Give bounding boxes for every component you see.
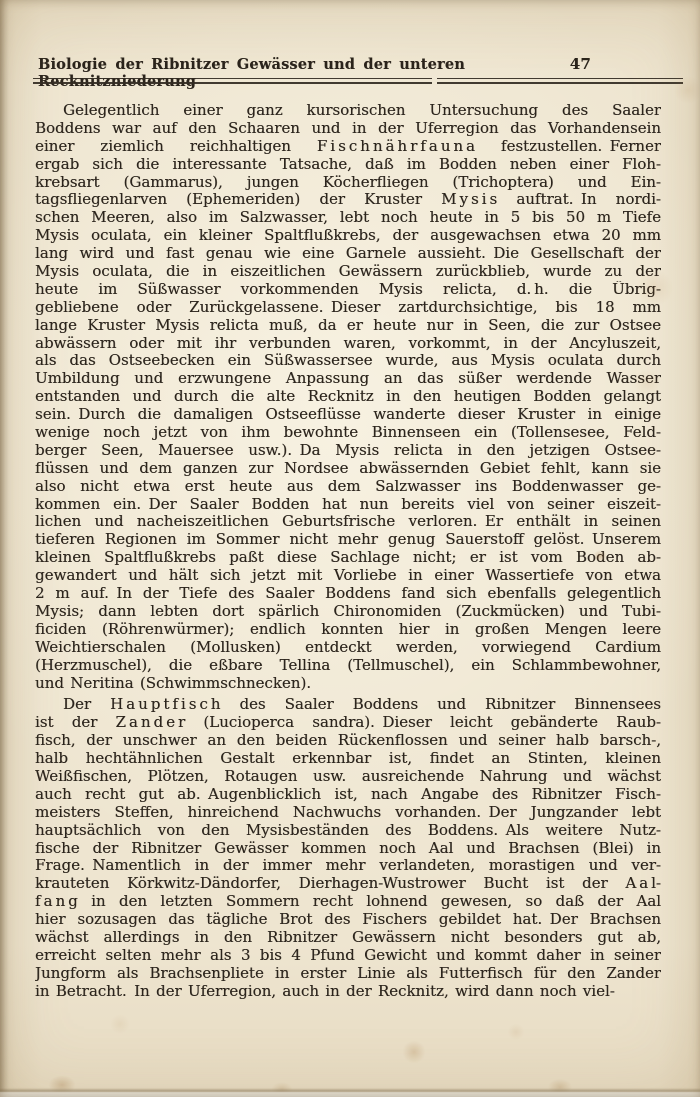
text-line: Weichtierschalen (Mollusken) entdeckt we… — [35, 639, 661, 657]
paper-stain — [398, 1036, 430, 1068]
text-line: also nicht etwa erst heute aus dem Salzw… — [35, 478, 661, 496]
text-line: meisters Steffen, hinreichend Nachwuchs … — [35, 804, 661, 822]
scan-edge-left — [0, 0, 9, 1097]
text-line: flüssen und dem ganzen zur Nordsee abwäs… — [35, 460, 661, 478]
text-line: entstanden und durch die alte Recknitz i… — [35, 388, 661, 406]
running-header-title: Biologie der Ribnitzer Gewässer und der … — [38, 56, 570, 90]
text-line: sein. Durch die damaligen Ostseeflüsse w… — [35, 406, 661, 424]
text-line: gewandert und hält sich jetzt mit Vorlie… — [35, 567, 661, 585]
text-line: hier sozusagen das tägliche Brot des Fis… — [35, 911, 661, 929]
text-line: ist der Z a n d e r (Lucioperca sandra).… — [35, 714, 661, 732]
text-line: wenige noch jetzt von ihm bewohnte Binne… — [35, 424, 661, 442]
text-line: halb hechtähnlichen Gestalt erkennbar is… — [35, 750, 661, 768]
text-line: (Herzmuschel), die eßbare Tellina (Tellm… — [35, 657, 661, 675]
running-header: Biologie der Ribnitzer Gewässer und der … — [38, 55, 683, 90]
text-line: Gelegentlich einer ganz kursorischen Unt… — [35, 102, 661, 120]
text-line: und Neritina (Schwimmschnecken). — [35, 675, 661, 693]
text-line: f a n g in den letzten Sommern recht loh… — [35, 893, 661, 911]
text-line: 2 m auf. In der Tiefe des Saaler Boddens… — [35, 585, 661, 603]
text-line: fische der Ribnitzer Gewässer kommen noc… — [35, 840, 661, 858]
paragraph: Gelegentlich einer ganz kursorischen Unt… — [35, 102, 661, 692]
text-line: einer ziemlich reichhaltigen F i s c h n… — [35, 138, 661, 156]
header-double-rule — [33, 78, 683, 84]
text-line: lange Kruster Mysis relicta muß, da er h… — [35, 317, 661, 335]
paragraph: Der H a u p t f i s c h des Saaler Bodde… — [35, 696, 661, 1000]
scan-edge-bottom — [0, 1088, 700, 1097]
text-line: wächst allerdings in den Ribnitzer Gewäs… — [35, 929, 661, 947]
text-line: krauteten Körkwitz-Dändorfer, Dierhagen-… — [35, 875, 661, 893]
text-line: kommen ein. Der Saaler Bodden hat nun be… — [35, 496, 661, 514]
text-line: tagsfliegenlarven (Ephemeriden) der Krus… — [35, 191, 661, 209]
text-line: Frage. Namentlich in der immer mehr verl… — [35, 857, 661, 875]
text-line: berger Seen, Mauersee usw.). Da Mysis re… — [35, 442, 661, 460]
rule-segment-right — [437, 78, 683, 84]
text-line: ergab sich die interessante Tatsache, da… — [35, 156, 661, 174]
book-page-scan: Biologie der Ribnitzer Gewässer und der … — [0, 0, 700, 1097]
text-line: tieferen Regionen im Sommer nicht mehr g… — [35, 531, 661, 549]
text-line: Mysis; dann lebten dort spärlich Chirono… — [35, 603, 661, 621]
text-line: Boddens war auf den Schaaren und in der … — [35, 120, 661, 138]
rule-segment-left — [33, 78, 432, 84]
text-line: als das Ostseebecken ein Süßwassersee wu… — [35, 352, 661, 370]
text-line: Weißfischen, Plötzen, Rotaugen usw. ausr… — [35, 768, 661, 786]
text-line: lang wird und fast genau wie eine Garnel… — [35, 245, 661, 263]
text-line: abwässern oder mit ihr verbunden waren, … — [35, 335, 661, 353]
paper-stain — [504, 1020, 528, 1044]
text-line: Der H a u p t f i s c h des Saaler Bodde… — [35, 696, 661, 714]
text-line: Mysis oculata, die in eiszeitlichen Gewä… — [35, 263, 661, 281]
text-line: in Betracht. In der Uferregion, auch in … — [35, 983, 661, 1001]
text-block: Gelegentlich einer ganz kursorischen Unt… — [35, 102, 661, 1001]
text-line: krebsart (Gammarus), jungen Köcherfliege… — [35, 174, 661, 192]
page-number: 47 — [570, 55, 591, 73]
text-line: fisch, der unschwer an den beiden Rücken… — [35, 732, 661, 750]
text-line: schen Meeren, also im Salzwasser, lebt n… — [35, 209, 661, 227]
text-line: auch recht gut ab. Augenblicklich ist, n… — [35, 786, 661, 804]
text-line: heute im Süßwasser vorkommenden Mysis re… — [35, 281, 661, 299]
text-line: Jungform als Brachsenpliete in erster Li… — [35, 965, 661, 983]
paper-stain — [106, 1010, 134, 1038]
text-line: ficiden (Röhrenwürmer); endlich konnten … — [35, 621, 661, 639]
text-line: gebliebene oder Zurückgelassene. Dieser … — [35, 299, 661, 317]
text-line: Umbildung und erzwungene Anpassung an da… — [35, 370, 661, 388]
text-line: lichen und nacheiszeitlichen Geburtsfris… — [35, 513, 661, 531]
text-line: kleinen Spaltflußkrebs paßt diese Sachla… — [35, 549, 661, 567]
text-line: erreicht selten mehr als 3 bis 4 Pfund G… — [35, 947, 661, 965]
text-line: hauptsächlich von den Mysisbeständen des… — [35, 822, 661, 840]
text-line: Mysis oculata, ein kleiner Spaltflußkreb… — [35, 227, 661, 245]
